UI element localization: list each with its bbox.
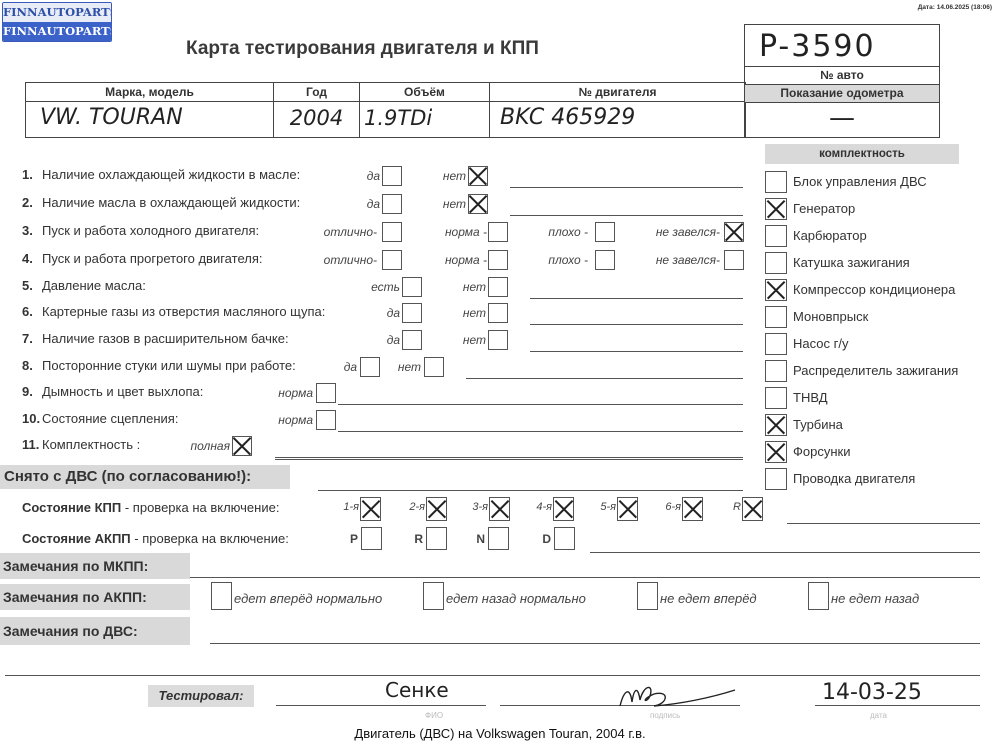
check-label: Давление масла: bbox=[42, 278, 146, 293]
checkbox[interactable] bbox=[765, 225, 787, 247]
completeness-item-label: ТНВД bbox=[793, 390, 828, 405]
page-caption: Двигатель (ДВС) на Volkswagen Touran, 20… bbox=[0, 726, 1000, 741]
completeness-item-label: Распределитель зажигания bbox=[793, 363, 958, 378]
option-label: норма - bbox=[445, 225, 487, 239]
notes-line bbox=[530, 298, 743, 299]
completeness-item-label: Моновпрыск bbox=[793, 309, 868, 324]
check-number: 5. bbox=[22, 278, 33, 293]
check-label: Посторонние стуки или шумы при работе: bbox=[42, 358, 296, 373]
tester-name: Cенке bbox=[385, 678, 449, 702]
option-label: отлично- bbox=[324, 253, 377, 267]
notes-line bbox=[275, 457, 743, 458]
check-number: 9. bbox=[22, 384, 33, 399]
odometer-label: Показание одометра bbox=[745, 85, 939, 102]
option-label: да bbox=[387, 306, 400, 320]
col-year: Год bbox=[274, 83, 359, 101]
checkbox[interactable] bbox=[488, 303, 508, 323]
checkbox[interactable] bbox=[382, 222, 402, 242]
option-label: да bbox=[344, 360, 357, 374]
checkbox[interactable] bbox=[765, 171, 787, 193]
checkbox[interactable] bbox=[316, 383, 336, 403]
check-number: 4. bbox=[22, 251, 33, 266]
completeness-item-label: Турбина bbox=[793, 417, 843, 432]
check-label: Пуск и работа холодного двигателя: bbox=[42, 223, 259, 238]
notes-line bbox=[338, 404, 743, 405]
option-label: не завелся- bbox=[656, 225, 720, 239]
auto-number-value: P-3590 bbox=[759, 29, 876, 64]
option-label: нет bbox=[463, 280, 486, 294]
remarks-dvs-label: Замечания по ДВС: bbox=[0, 617, 190, 645]
checkbox[interactable] bbox=[765, 333, 787, 355]
logo-line-2: FINNAUTOPARTS bbox=[3, 22, 111, 41]
option-label: да bbox=[367, 197, 380, 211]
check-label: Дымность и цвет выхлопа: bbox=[42, 384, 203, 399]
completeness-item-label: Карбюратор bbox=[793, 228, 867, 243]
checked-checkbox[interactable] bbox=[742, 497, 763, 521]
checkbox[interactable] bbox=[402, 330, 422, 350]
auto-number-label: № авто bbox=[745, 68, 939, 82]
checked-checkbox[interactable] bbox=[682, 497, 703, 521]
make-model-value: VW. TOURAN bbox=[26, 101, 273, 135]
akpp-rest: - проверка на включение: bbox=[131, 531, 289, 546]
gear-label: N bbox=[476, 532, 485, 546]
gear-label: D bbox=[542, 532, 551, 546]
checkbox[interactable] bbox=[554, 527, 575, 550]
checked-checkbox[interactable] bbox=[765, 414, 787, 436]
notes-line bbox=[510, 187, 743, 188]
checkbox[interactable] bbox=[595, 222, 615, 242]
checkbox[interactable] bbox=[765, 387, 787, 409]
check-number: 3. bbox=[22, 223, 33, 238]
check-number: 10. bbox=[22, 411, 40, 426]
check-number: 11. bbox=[22, 437, 39, 452]
completeness-item-label: Компрессор кондиционера bbox=[793, 282, 955, 297]
auto-info-box: P-3590 № авто Показание одометра — bbox=[744, 24, 940, 138]
option-label: нет bbox=[398, 360, 421, 374]
odometer-value: — bbox=[745, 103, 939, 133]
checked-checkbox[interactable] bbox=[360, 497, 381, 521]
checked-checkbox[interactable] bbox=[765, 441, 787, 463]
akpp-remark-option: не едет назад bbox=[831, 591, 919, 606]
check-label: Комплектность : bbox=[42, 437, 140, 452]
gear-label: 6-я bbox=[665, 501, 681, 513]
check-label: Картерные газы из отверстия масляного щу… bbox=[42, 304, 325, 319]
checkbox[interactable] bbox=[402, 277, 422, 297]
kpp-bold: Состояние КПП bbox=[22, 500, 121, 515]
checked-checkbox[interactable] bbox=[553, 497, 574, 521]
check-label: Наличие охлаждающей жидкости в масле: bbox=[42, 167, 300, 182]
completeness-item-label: Форсунки bbox=[793, 444, 850, 459]
year-value: 2004 bbox=[274, 101, 359, 135]
option-label: норма bbox=[278, 386, 313, 400]
gear-label: 4-я bbox=[536, 501, 552, 513]
check-label: Наличие газов в расширительном бачке: bbox=[42, 331, 289, 346]
checkbox[interactable] bbox=[361, 527, 382, 550]
notes-line bbox=[466, 378, 743, 379]
tested-by-label: Тестировал: bbox=[148, 685, 254, 707]
checkbox[interactable] bbox=[423, 582, 444, 610]
volume-value: 1.9TDi bbox=[360, 101, 489, 135]
akpp-remark-option: не едет вперёд bbox=[660, 591, 757, 606]
col-make-model: Марка, модель bbox=[26, 83, 273, 101]
vehicle-table: Марка, модель VW. TOURAN Год 2004 Объём … bbox=[25, 82, 746, 138]
checked-checkbox[interactable] bbox=[489, 497, 510, 521]
completeness-item-label: Насос г/у bbox=[793, 336, 848, 351]
option-label: отлично- bbox=[324, 225, 377, 239]
logo-line-1: FINNAUTOPARTS bbox=[3, 3, 111, 22]
checkbox[interactable] bbox=[765, 468, 787, 490]
checkbox[interactable] bbox=[488, 330, 508, 350]
remarks-akpp-label: Замечания по АКПП: bbox=[0, 584, 190, 610]
akpp-remark-option: едет назад нормально bbox=[446, 591, 586, 606]
completeness-item-label: Проводка двигателя bbox=[793, 471, 915, 486]
check-number: 8. bbox=[22, 358, 33, 373]
checkbox[interactable] bbox=[382, 166, 402, 186]
checkbox[interactable] bbox=[426, 527, 447, 550]
checkbox[interactable] bbox=[724, 250, 744, 270]
notes-line bbox=[510, 215, 743, 216]
checkbox[interactable] bbox=[808, 582, 829, 610]
checkbox[interactable] bbox=[488, 277, 508, 297]
checkbox[interactable] bbox=[402, 303, 422, 323]
kpp-label: Состояние КПП - проверка на включение: bbox=[22, 500, 279, 515]
akpp-bold: Состояние АКПП bbox=[22, 531, 131, 546]
gear-label: 2-я bbox=[409, 501, 425, 513]
checked-checkbox[interactable] bbox=[468, 166, 488, 186]
option-label: полная bbox=[191, 439, 230, 453]
sub-sign-label: подпись bbox=[650, 711, 680, 720]
remarks-mkpp-label: Замечания по МКПП: bbox=[0, 553, 190, 579]
check-label: Пуск и работа прогретого двигателя: bbox=[42, 251, 262, 266]
option-label: да bbox=[387, 333, 400, 347]
checkbox[interactable] bbox=[637, 582, 658, 610]
page-title: Карта тестирования двигателя и КПП bbox=[186, 38, 539, 60]
option-label: норма bbox=[278, 413, 313, 427]
check-number: 1. bbox=[22, 167, 33, 182]
gear-label: R bbox=[414, 532, 423, 546]
removed-from-engine-label: Снято с ДВС (по согласованию!): bbox=[0, 465, 290, 489]
option-label: нет bbox=[443, 169, 466, 183]
checkbox[interactable] bbox=[316, 410, 336, 430]
notes-line bbox=[338, 431, 743, 432]
checked-checkbox[interactable] bbox=[232, 436, 252, 456]
kpp-rest: - проверка на включение: bbox=[121, 500, 279, 515]
check-number: 6. bbox=[22, 304, 33, 319]
gear-label: 1-я bbox=[343, 501, 359, 513]
option-label: нет bbox=[463, 333, 486, 347]
engine-number-value: BKC 465929 bbox=[490, 101, 745, 135]
check-number: 7. bbox=[22, 331, 33, 346]
checked-checkbox[interactable] bbox=[617, 497, 638, 521]
checkbox[interactable] bbox=[595, 250, 615, 270]
option-label: нет bbox=[443, 197, 466, 211]
akpp-label: Состояние АКПП - проверка на включение: bbox=[22, 531, 289, 546]
gear-label: R bbox=[733, 501, 741, 513]
date-stamp: Дата: 14.06.2025 (18:06) bbox=[918, 4, 992, 11]
checked-checkbox[interactable] bbox=[765, 279, 787, 301]
checkbox[interactable] bbox=[424, 357, 444, 377]
akpp-remark-option: едет вперёд нормально bbox=[234, 591, 382, 606]
check-label: Состояние сцепления: bbox=[42, 411, 178, 426]
checked-checkbox[interactable] bbox=[468, 194, 488, 214]
checkbox[interactable] bbox=[765, 360, 787, 382]
checked-checkbox[interactable] bbox=[724, 222, 744, 242]
checkbox[interactable] bbox=[765, 252, 787, 274]
test-date: 14-03-25 bbox=[822, 680, 922, 705]
sub-date-label: дата bbox=[870, 711, 887, 720]
notes-line bbox=[530, 351, 743, 352]
checkbox[interactable] bbox=[211, 582, 232, 610]
option-label: норма - bbox=[445, 253, 487, 267]
brand-logo: FINNAUTOPARTS FINNAUTOPARTS bbox=[2, 2, 112, 42]
col-engine-number: № двигателя bbox=[490, 83, 745, 101]
gear-label: 3-я bbox=[472, 501, 488, 513]
option-label: не завелся- bbox=[656, 253, 720, 267]
checked-checkbox[interactable] bbox=[765, 198, 787, 220]
checkbox[interactable] bbox=[382, 250, 402, 270]
gear-label: P bbox=[350, 532, 358, 546]
completeness-header: комплектность bbox=[765, 144, 959, 164]
checkbox[interactable] bbox=[360, 357, 380, 377]
checked-checkbox[interactable] bbox=[426, 497, 447, 521]
option-label: плохо - bbox=[548, 225, 588, 239]
checkbox[interactable] bbox=[488, 527, 509, 550]
notes-line bbox=[530, 324, 743, 325]
col-volume: Объём bbox=[360, 83, 489, 101]
checkbox[interactable] bbox=[765, 306, 787, 328]
check-number: 2. bbox=[22, 195, 33, 210]
option-label: есть bbox=[371, 280, 400, 294]
completeness-item-label: Генератор bbox=[793, 201, 855, 216]
check-label: Наличие масла в охлаждающей жидкости: bbox=[42, 195, 300, 210]
option-label: плохо - bbox=[548, 253, 588, 267]
option-label: да bbox=[367, 169, 380, 183]
checkbox[interactable] bbox=[488, 222, 508, 242]
completeness-item-label: Катушка зажигания bbox=[793, 255, 910, 270]
signature-scribble bbox=[610, 680, 740, 714]
checkbox[interactable] bbox=[488, 250, 508, 270]
option-label: нет bbox=[463, 306, 486, 320]
checkbox[interactable] bbox=[382, 194, 402, 214]
completeness-item-label: Блок управления ДВС bbox=[793, 174, 927, 189]
sub-name-label: ФИО bbox=[425, 711, 443, 720]
gear-label: 5-я bbox=[600, 501, 616, 513]
